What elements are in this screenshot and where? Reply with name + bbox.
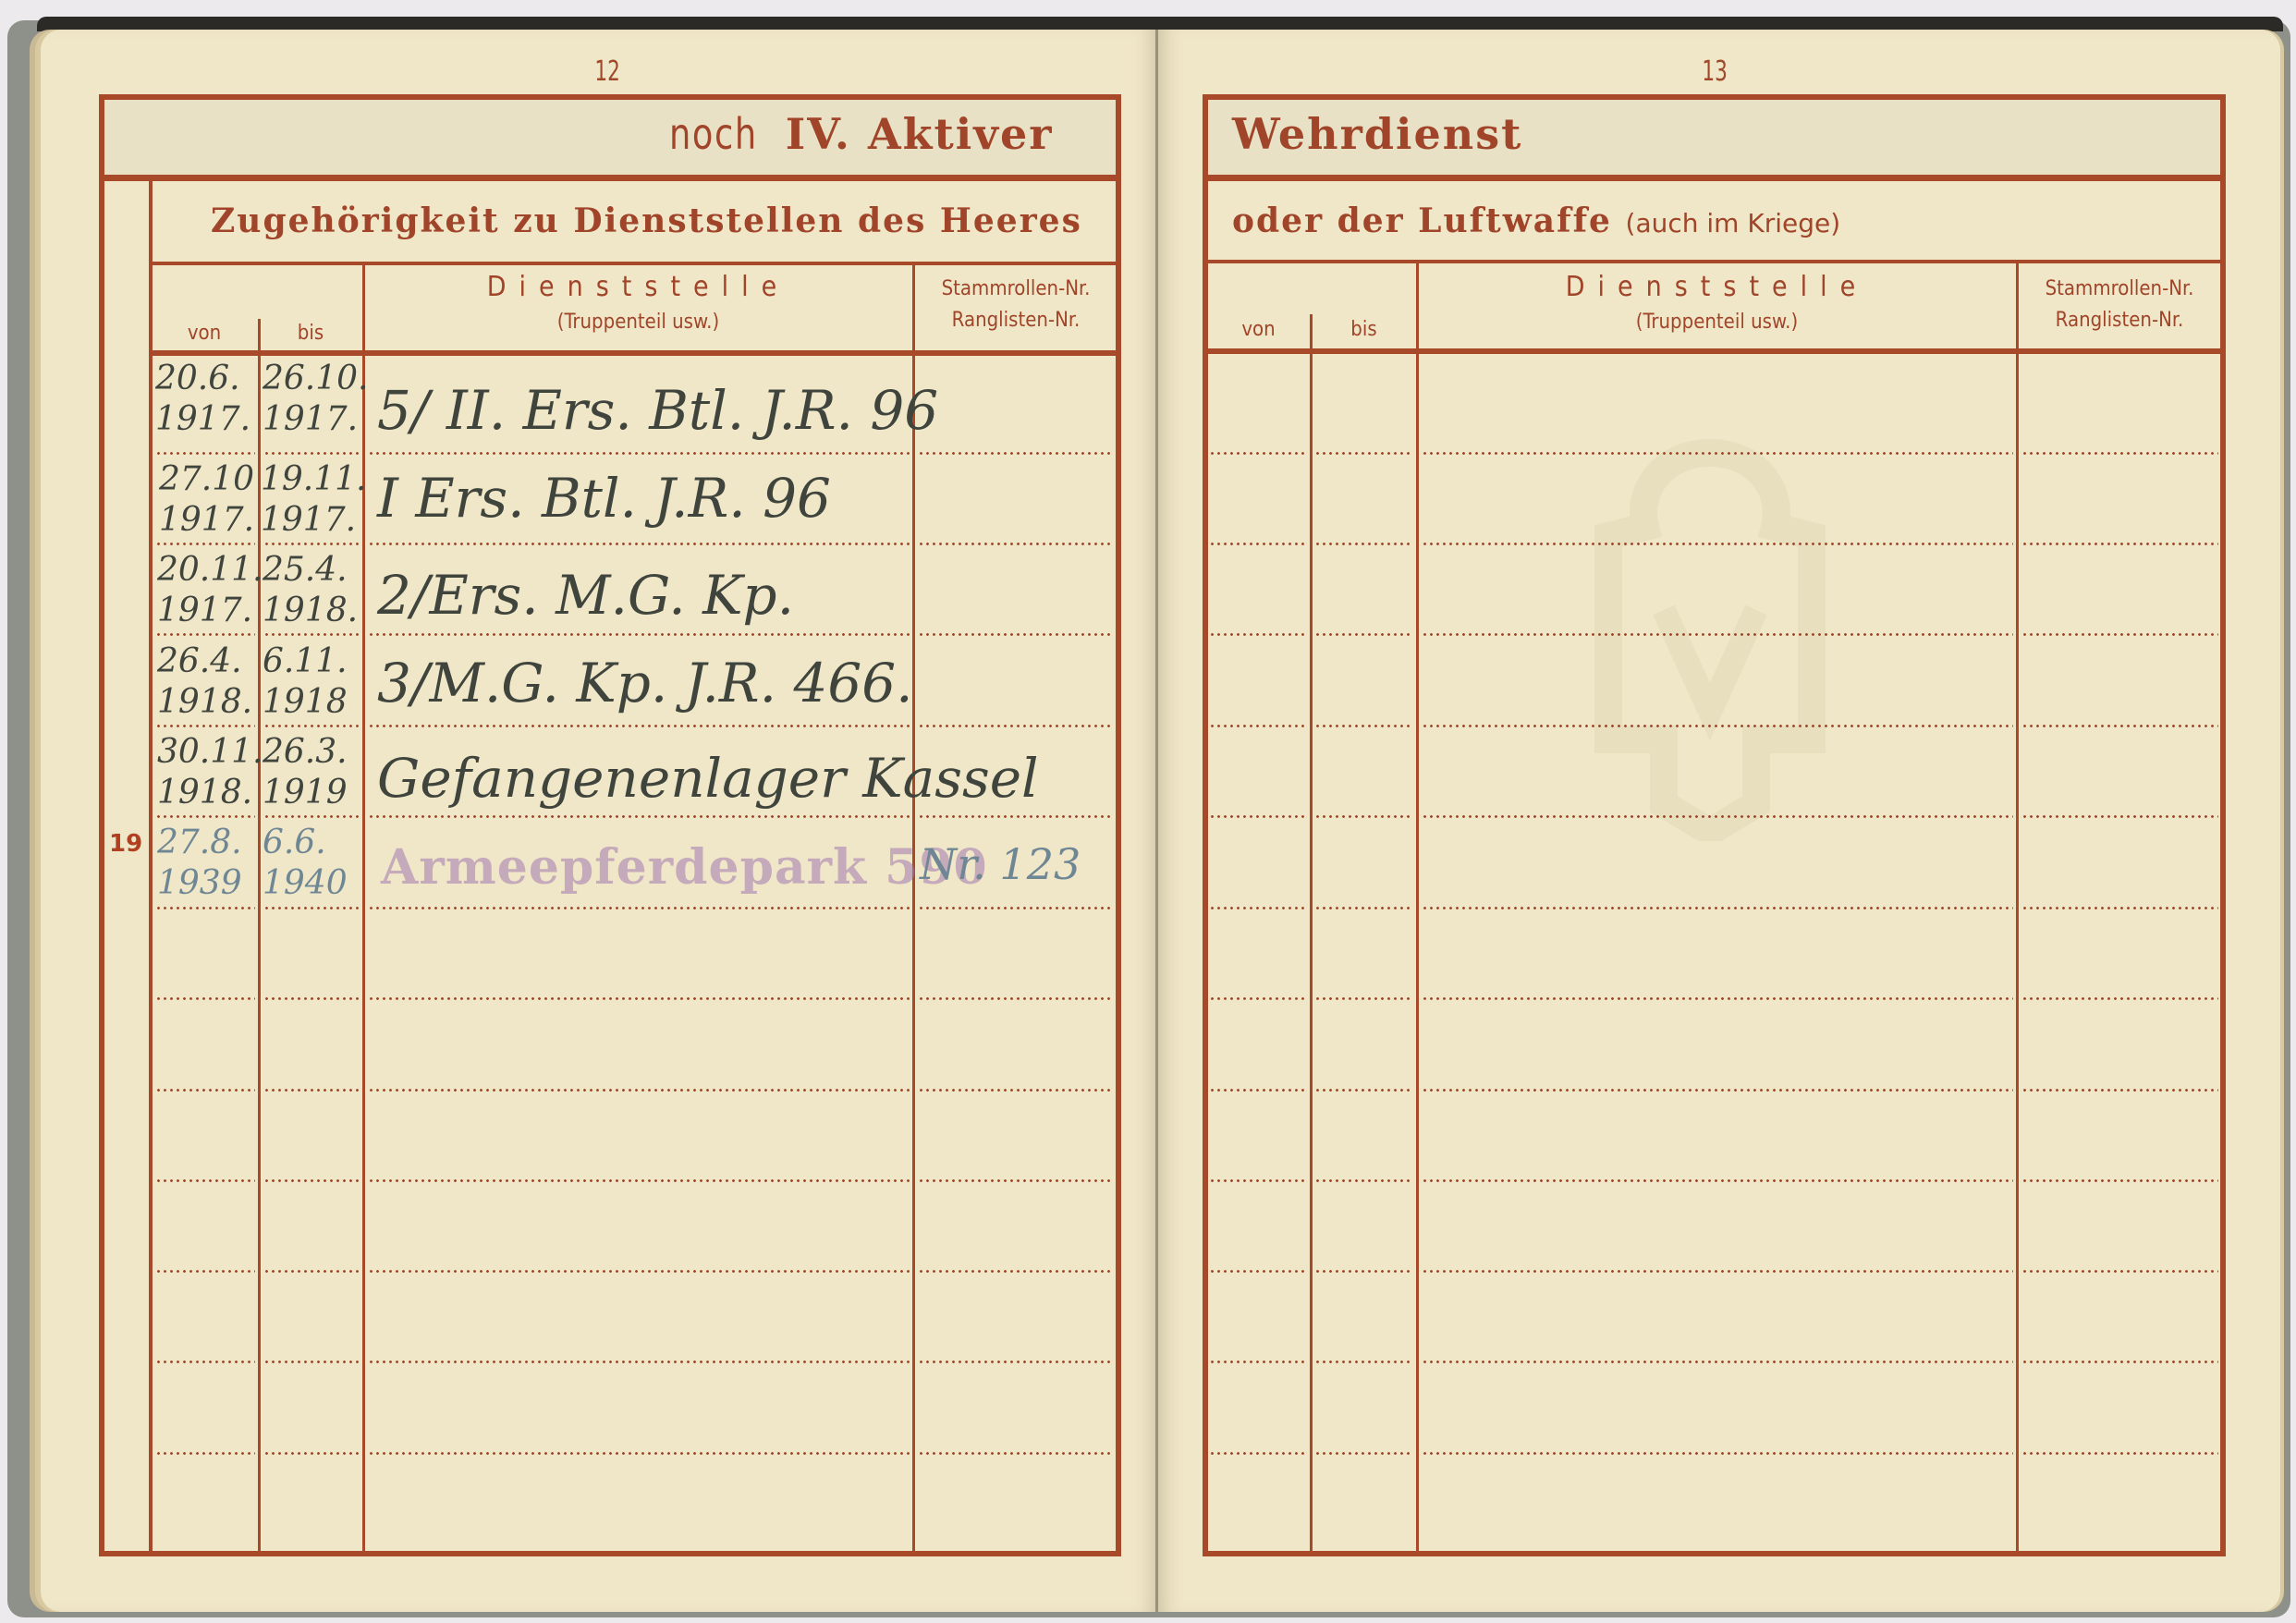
row-separator <box>2021 633 2218 636</box>
entry-bis: 6.11.1918 <box>263 641 348 723</box>
row-separator <box>1314 1270 1413 1273</box>
row-separator <box>155 452 255 455</box>
subtitle-bold: oder der Luftwaffe <box>1232 201 1612 240</box>
row-separator <box>1314 452 1413 455</box>
row-separator <box>368 997 910 1000</box>
row-separator <box>1209 907 1307 909</box>
row-separator <box>918 1361 1114 1363</box>
row-separator <box>263 633 360 636</box>
row-separator <box>1209 725 1307 727</box>
row-separator <box>155 815 255 818</box>
col-von: von <box>151 322 258 345</box>
title-main: IV. Aktiver <box>786 109 1054 159</box>
row-separator <box>1422 725 2013 727</box>
row-separator <box>1314 907 1413 909</box>
row-separator <box>368 1361 910 1363</box>
row-separator <box>368 725 910 727</box>
col-nr: Stammrollen-Nr. Ranglisten-Nr. <box>2017 274 2222 336</box>
row-separator <box>918 997 1114 1000</box>
page-number-left: 12 <box>594 55 619 88</box>
row-separator <box>918 1179 1114 1182</box>
row-separator <box>1209 997 1307 1000</box>
left-subtitle-divider <box>151 262 1118 265</box>
col-nr: Stammrollen-Nr. Ranglisten-Nr. <box>913 274 1118 336</box>
row-separator <box>155 1270 255 1273</box>
subtitle-small: (auch im Kriege) <box>1626 208 1841 238</box>
row-separator <box>1422 1270 2013 1273</box>
row-separator <box>155 1089 255 1092</box>
row-separator <box>368 907 910 909</box>
col-bis: bis <box>1312 318 1416 341</box>
book-gutter <box>1155 30 1158 1612</box>
row-separator <box>2021 543 2218 545</box>
row-separator <box>1422 1089 2013 1092</box>
entry-dienststelle: 5/ II. Ers. Btl. J.R. 96 <box>377 379 938 442</box>
col-von: von <box>1207 318 1310 341</box>
col-nr-line1: Stammrollen-Nr. <box>2017 274 2222 305</box>
row-separator <box>918 815 1114 818</box>
row-separator <box>368 1452 910 1455</box>
entry-von: 27.101917. <box>159 459 254 541</box>
title-prefix: noch <box>669 109 758 159</box>
row-separator <box>1314 1089 1413 1092</box>
row-separator <box>1422 1361 2013 1363</box>
row-separator <box>368 1089 910 1092</box>
entry-dienststelle: 3/M.G. Kp. J.R. 466. <box>377 652 913 714</box>
row-separator <box>1209 1089 1307 1092</box>
row-separator <box>1314 1452 1413 1455</box>
left-line-number-divider <box>149 178 153 1554</box>
left-page-subtitle: Zugehörigkeit zu Dienststellen des Heere… <box>211 201 1082 240</box>
unit-stamp: Armeepferdepark 590 <box>381 839 988 896</box>
row-separator <box>368 1270 910 1273</box>
row-separator <box>1314 815 1413 818</box>
row-separator <box>1209 543 1307 545</box>
entry-bis: 19.11.1917. <box>261 459 367 541</box>
row-separator <box>263 725 360 727</box>
row-separator <box>918 1089 1114 1092</box>
col-dienststelle-sub: (Truppenteil usw.) <box>363 311 913 334</box>
entry-bis: 26.10.1917. <box>263 359 369 440</box>
right-bis-dienst-divider <box>1416 262 1419 1554</box>
row-separator <box>368 543 910 545</box>
entry-dienststelle: I Ers. Btl. J.R. 96 <box>377 467 831 530</box>
row-separator <box>1422 997 2013 1000</box>
row-separator <box>263 1179 360 1182</box>
row-separator <box>263 815 360 818</box>
row-separator <box>263 997 360 1000</box>
right-page-subtitle: oder der Luftwaffe (auch im Kriege) <box>1232 201 1840 240</box>
col-dienststelle-sub: (Truppenteil usw.) <box>1417 311 2017 334</box>
right-title-divider <box>1203 175 2226 181</box>
row-separator <box>155 633 255 636</box>
row-separator <box>1422 452 2013 455</box>
col-dienststelle: Dienststelle <box>1417 271 2017 303</box>
row-separator <box>1422 815 2013 818</box>
row-separator <box>155 1452 255 1455</box>
row-separator <box>1209 815 1307 818</box>
entry-von: 26.4.1918. <box>157 641 252 723</box>
row-separator <box>1314 543 1413 545</box>
left-header-divider <box>151 350 1118 356</box>
row-separator <box>1422 543 2013 545</box>
row-separator <box>1314 997 1413 1000</box>
col-dienststelle: Dienststelle <box>363 271 913 303</box>
right-von-bis-divider <box>1310 314 1313 1554</box>
row-separator <box>918 907 1114 909</box>
col-bis: bis <box>259 322 362 345</box>
row-separator <box>918 633 1114 636</box>
row-separator <box>1209 1361 1307 1363</box>
left-bis-dienst-divider <box>362 263 365 1554</box>
right-header-divider <box>1203 348 2226 354</box>
row-separator <box>155 907 255 909</box>
row-separator <box>2021 1179 2218 1182</box>
row-separator <box>2021 1270 2218 1273</box>
right-dienst-nr-divider <box>2016 262 2019 1554</box>
entry-von: 27.8.1939 <box>157 823 242 904</box>
row-separator <box>368 452 910 455</box>
row-separator <box>1209 1179 1307 1182</box>
row-separator <box>263 1089 360 1092</box>
col-nr-line2: Ranglisten-Nr. <box>2017 305 2222 336</box>
entry-bis: 6.6.1940 <box>263 823 348 904</box>
row-separator <box>918 1270 1114 1273</box>
row-separator <box>155 1179 255 1182</box>
col-nr-line2: Ranglisten-Nr. <box>913 305 1118 336</box>
row-separator <box>918 452 1114 455</box>
entry-nr: Nr. 123 <box>920 839 1081 889</box>
entry-bis: 26.3.1919 <box>263 732 348 813</box>
row-separator <box>2021 1361 2218 1363</box>
row-separator <box>2021 907 2218 909</box>
row-separator <box>1209 1270 1307 1273</box>
col-nr-line1: Stammrollen-Nr. <box>913 274 1118 305</box>
right-page-title: Wehrdienst <box>1232 109 1522 159</box>
row-separator <box>1209 633 1307 636</box>
row-separator <box>155 997 255 1000</box>
row-separator <box>2021 725 2218 727</box>
page-number-right: 13 <box>1702 55 1727 88</box>
row-separator <box>1422 1179 2013 1182</box>
row-separator <box>918 1452 1114 1455</box>
left-page-title: noch IV. Aktiver <box>658 109 1053 159</box>
row-separator <box>1314 633 1413 636</box>
row-separator <box>1422 907 2013 909</box>
row-separator <box>2021 997 2218 1000</box>
row-separator <box>1314 1361 1413 1363</box>
row-separator <box>1209 452 1307 455</box>
row-separator <box>263 452 360 455</box>
row-separator <box>2021 1452 2218 1455</box>
row-separator <box>368 815 910 818</box>
row-separator <box>155 725 255 727</box>
entry-dienststelle: Gefangenenlager Kassel <box>377 747 1039 810</box>
row-separator <box>263 1270 360 1273</box>
row-separator <box>155 543 255 545</box>
entry-von: 20.11.1917. <box>157 550 263 631</box>
row-separator <box>2021 815 2218 818</box>
entry-bis: 25.4.1918. <box>263 550 358 631</box>
row-separator <box>263 907 360 909</box>
left-title-divider <box>99 175 1121 181</box>
entry-von: 20.6.1917. <box>155 359 250 440</box>
row-separator <box>2021 452 2218 455</box>
row-separator <box>1422 633 2013 636</box>
row-separator <box>1314 1179 1413 1182</box>
row-separator <box>263 543 360 545</box>
row-separator <box>918 725 1114 727</box>
row-separator <box>263 1452 360 1455</box>
left-dienst-nr-divider <box>912 263 915 1554</box>
row-separator <box>155 1361 255 1363</box>
entry-von: 30.11.1918. <box>157 732 263 813</box>
row-separator <box>1422 1452 2013 1455</box>
row-separator <box>368 1179 910 1182</box>
row-separator <box>1209 1452 1307 1455</box>
line-number: 19 <box>109 830 142 858</box>
right-subtitle-divider <box>1203 260 2226 263</box>
eagle-watermark-icon <box>1553 434 1867 841</box>
row-separator <box>918 543 1114 545</box>
row-separator <box>263 1361 360 1363</box>
row-separator <box>2021 1089 2218 1092</box>
row-separator <box>368 633 910 636</box>
row-separator <box>1314 725 1413 727</box>
entry-dienststelle: 2/Ers. M.G. Kp. <box>377 564 794 627</box>
